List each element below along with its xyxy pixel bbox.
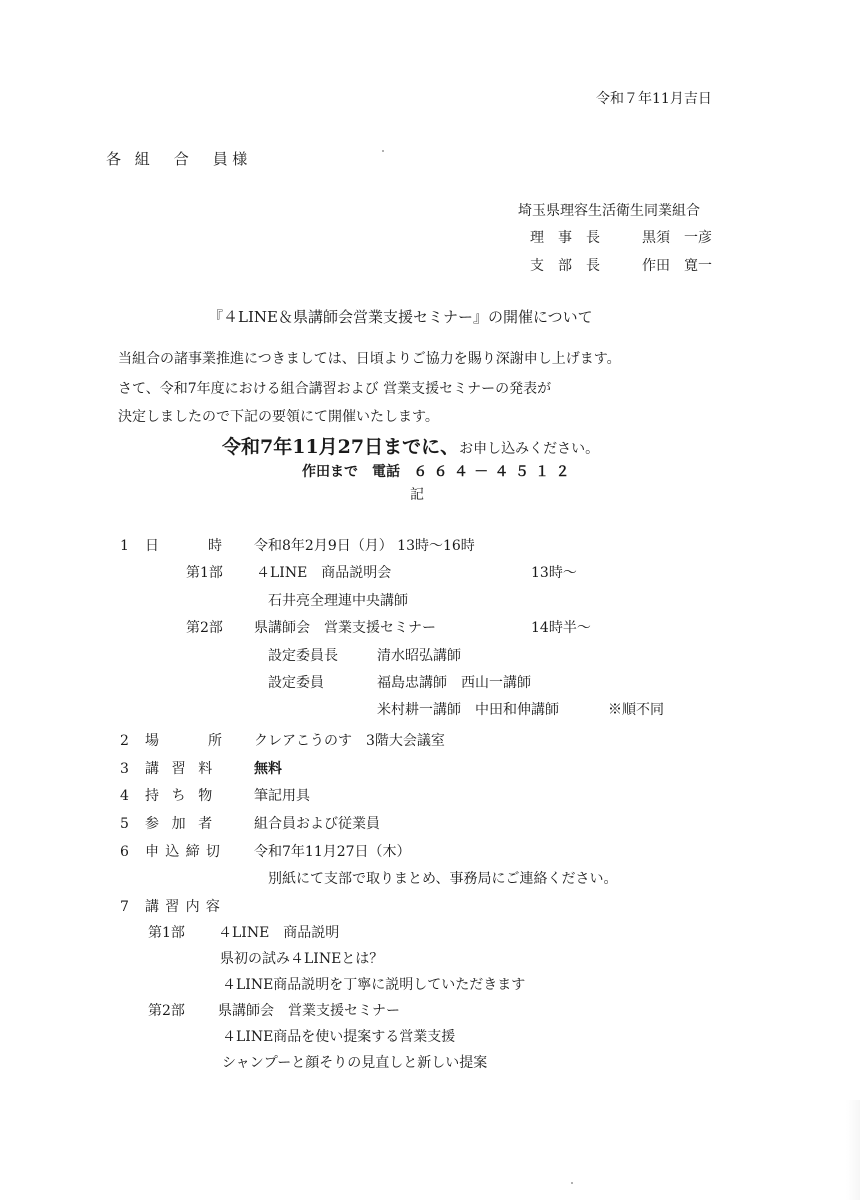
item3-label: 講習料 [145, 762, 225, 776]
signer-title-chairman: 理 事 長 [530, 231, 600, 245]
item1-members-label: 設定委員 [268, 676, 324, 690]
item7-number: 7 [120, 900, 129, 914]
item1-part2-label: 第2部 [186, 621, 223, 635]
item5-value: 組合員および従業員 [254, 817, 380, 831]
item6-value: 令和7年11月27日（木） [254, 845, 411, 859]
addressee: 各 組 合 員様 [106, 152, 252, 167]
item7-part1-line1: 県初の試み４LINEとは？ [220, 952, 383, 966]
item2-label-a: 場 [145, 734, 159, 748]
item6-label: 申込締切 [145, 845, 226, 859]
item7-part2-title: 県講師会 営業支援セミナー [218, 1004, 400, 1018]
item5-number: 5 [120, 817, 129, 831]
contact-label: 作田まで 電話 [302, 464, 400, 480]
item7-part1-label: 第1部 [148, 926, 185, 940]
item3-number: 3 [120, 762, 129, 776]
item1-label-a: 日 [145, 539, 159, 553]
item1-part2-title: 県講師会 営業支援セミナー [254, 621, 436, 635]
contact-line: 作田まで 電話 ６６４－４５１２ [302, 465, 576, 479]
item7-part1-title: ４LINE 商品説明 [218, 926, 339, 940]
item7-part2-line1: ４LINE商品を使い提案する営業支援 [222, 1030, 455, 1044]
item4-number: 4 [120, 789, 129, 803]
item1-part2-time: 14時半～ [531, 621, 591, 635]
item1-members-line2: 米村耕一講師 中田和伸講師 [377, 703, 559, 717]
item3-value: 無料 [254, 762, 282, 776]
item1-chair-name: 清水昭弘講師 [377, 649, 461, 663]
item6-note: 別紙にて支部で取りまとめ、事務局にご連絡ください。 [268, 872, 617, 886]
scan-speck [571, 1182, 573, 1184]
paragraph-line-2: さて、令和7年度における組合講習および 営業支援セミナーの発表が [118, 382, 551, 396]
item1-number: 1 [120, 539, 129, 553]
signer-title-branch-head: 支 部 長 [530, 259, 600, 273]
item1-order-note: ※順不同 [608, 703, 664, 717]
contact-phone: ６６４－４５１２ [413, 464, 575, 480]
deadline-rest: お申し込みください。 [459, 441, 599, 457]
deadline-emphasis: 令和7年11月27日までに、 [222, 436, 459, 458]
item1-value: 令和8年2月9日（月） 13時～16時 [254, 539, 475, 553]
item1-part1-lecturer: 石井亮全理連中央講師 [268, 594, 408, 608]
item1-members-line1: 福島忠講師 西山一講師 [377, 676, 531, 690]
item1-label-b: 時 [208, 539, 222, 553]
signer-name-branch-head: 作田 寛一 [642, 259, 712, 273]
item5-label: 参加者 [145, 817, 225, 831]
item4-value: 筆記用具 [254, 789, 310, 803]
item7-part2-line2: シャンプーと顔そりの見直しと新しい提案 [222, 1056, 487, 1070]
item1-chair-label: 設定委員長 [268, 649, 338, 663]
item7-label: 講習内容 [145, 900, 226, 914]
item2-number: 2 [120, 734, 129, 748]
paragraph-line-1: 当組合の諸事業推進につきましては、日頃よりご協力を賜り深謝申し上げます。 [118, 352, 621, 366]
scan-speck [382, 150, 384, 152]
item7-part1-line2: ４LINE商品説明を丁寧に説明していただきます [222, 978, 525, 992]
item1-part1-time: 13時～ [531, 566, 577, 580]
item2-value: クレアこうのす 3階大会議室 [254, 734, 445, 748]
deadline-notice: 令和7年11月27日までに、お申し込みください。 [222, 438, 599, 457]
item1-part1-label: 第1部 [186, 566, 223, 580]
item2-label-b: 所 [208, 734, 222, 748]
signer-name-chairman: 黒須 一彦 [642, 231, 712, 245]
item6-number: 6 [120, 845, 129, 859]
item7-part2-label: 第2部 [148, 1004, 185, 1018]
item1-part1-title: ４LINE 商品説明会 [256, 566, 391, 580]
item4-label: 持ち物 [145, 789, 225, 803]
ki-heading: 記 [410, 488, 424, 502]
scan-page-edge [846, 1100, 860, 1200]
organization-name: 埼玉県理容生活衛生同業組合 [518, 204, 700, 218]
paragraph-line-3: 決定しましたので下記の要領にて開催いたします。 [118, 410, 439, 424]
document-title: 『４LINE＆県講師会営業支援セミナー』の開催について [208, 310, 593, 325]
issue-date: 令和７年11月吉日 [596, 92, 712, 106]
